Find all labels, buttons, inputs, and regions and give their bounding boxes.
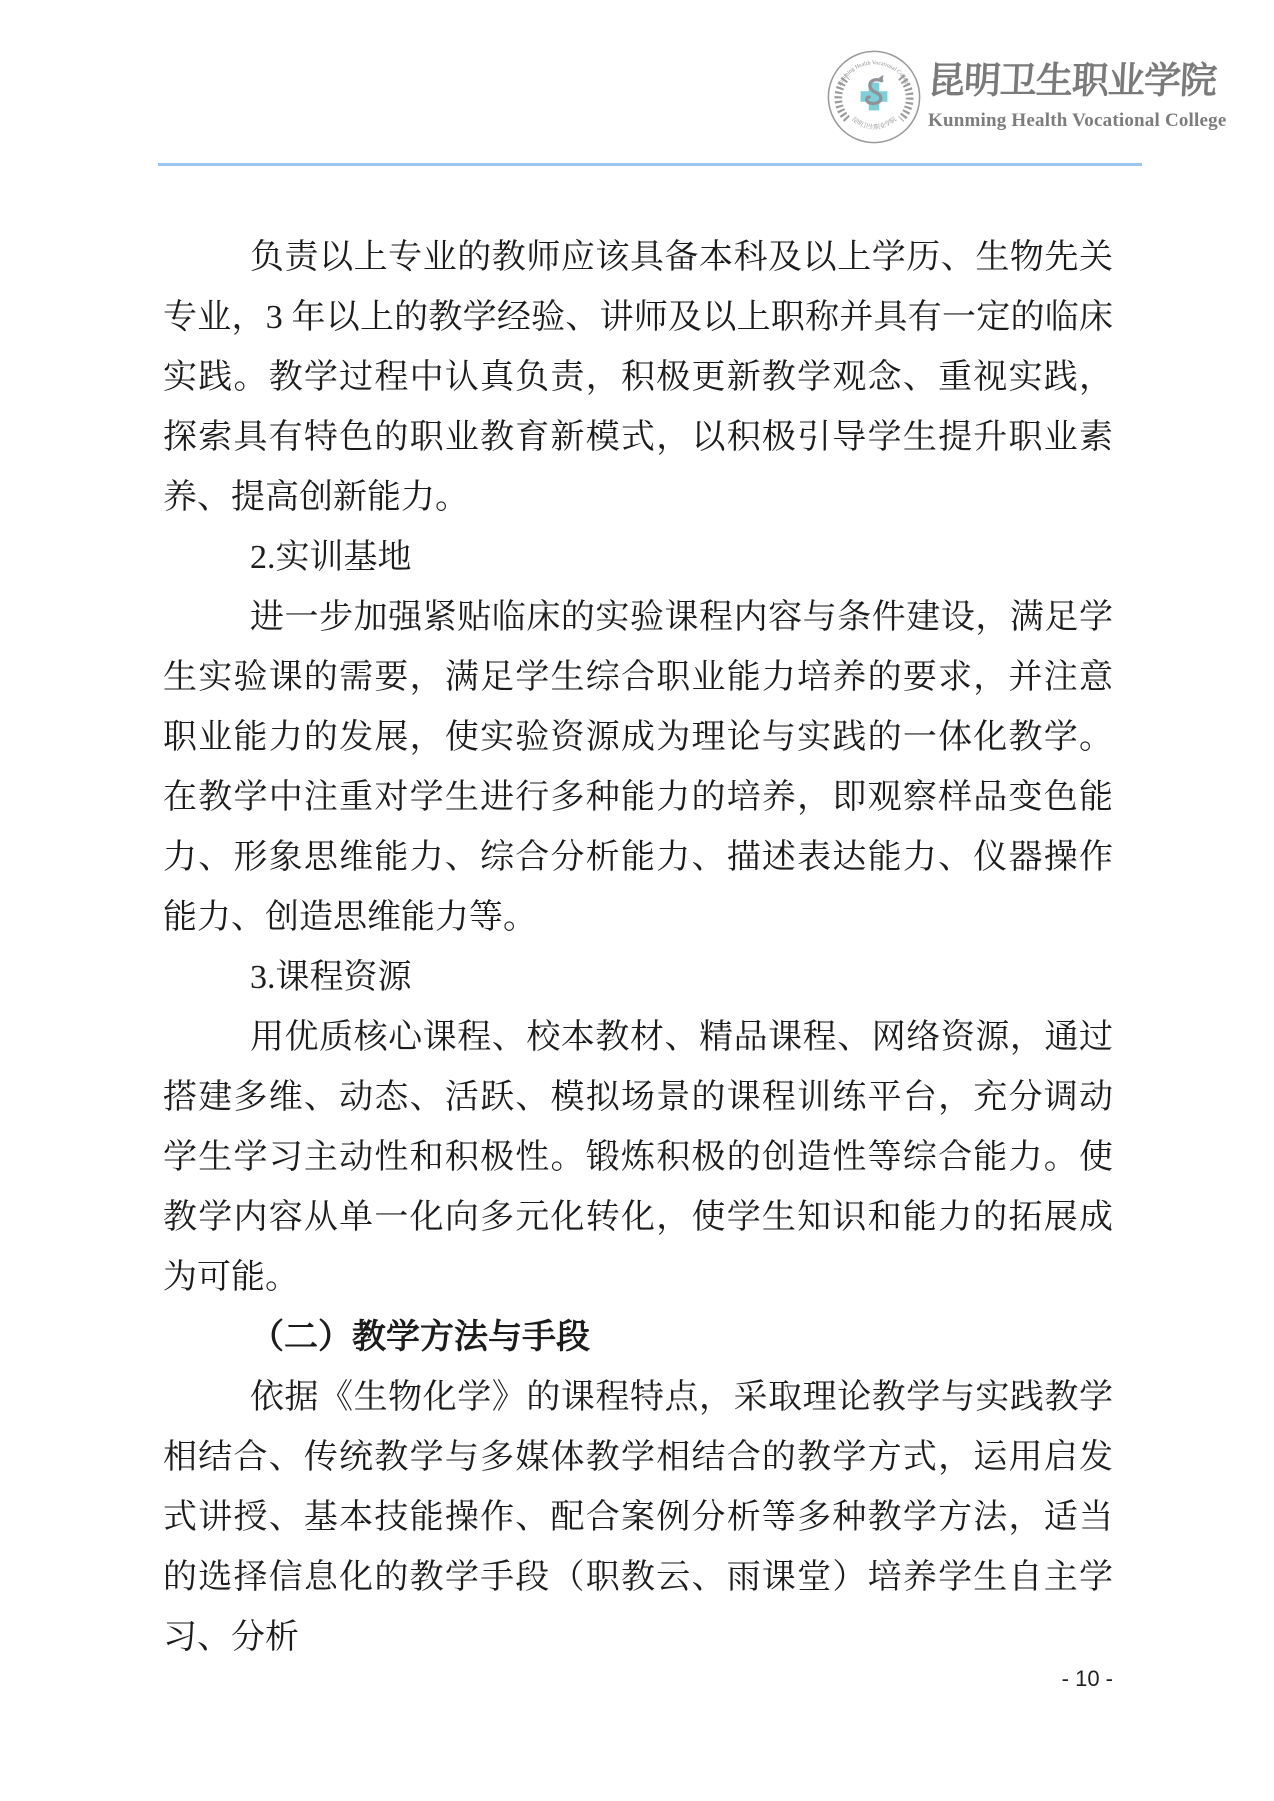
document-body: 负责以上专业的教师应该具备本科及以上学历、生物先关专业，3 年以上的教学经验、讲…: [163, 228, 1113, 1668]
college-seal-logo: Kunming Health Vocational College 昆明卫生职业…: [826, 49, 922, 145]
header-divider-rule: [158, 163, 1142, 166]
svg-text:昆明卫生职业学院: 昆明卫生职业学院: [850, 115, 898, 132]
heading-course-resources: 3.课程资源: [163, 948, 1113, 1008]
college-seal-icon: Kunming Health Vocational College 昆明卫生职业…: [826, 49, 922, 145]
page-number: - 10 -: [163, 1666, 1113, 1692]
college-brand: 昆明卫生职业学院 Kunming Health Vocational Colle…: [928, 57, 1208, 132]
heading-teaching-methods: （二）教学方法与手段: [163, 1308, 1113, 1368]
college-name-zh: 昆明卫生职业学院: [927, 57, 1210, 107]
paragraph-training-base: 进一步加强紧贴临床的实验课程内容与条件建设，满足学生实验课的需要，满足学生综合职…: [163, 588, 1113, 948]
wreath-left: [838, 77, 847, 119]
paragraph-course-resources: 用优质核心课程、校本教材、精品课程、网络资源，通过搭建多维、动态、活跃、模拟场景…: [163, 1008, 1113, 1308]
cross-icon: [861, 83, 888, 111]
paragraph-teacher-qualifications: 负责以上专业的教师应该具备本科及以上学历、生物先关专业，3 年以上的教学经验、讲…: [163, 228, 1113, 528]
document-page: Kunming Health Vocational College 昆明卫生职业…: [0, 0, 1274, 1801]
paragraph-teaching-methods: 依据《生物化学》的课程特点，采取理论教学与实践教学相结合、传统教学与多媒体教学相…: [163, 1368, 1113, 1668]
heading-training-base: 2.实训基地: [163, 528, 1113, 588]
college-name-en: Kunming Health Vocational College: [928, 110, 1208, 132]
seal-ring-text-bottom: 昆明卫生职业学院: [850, 115, 898, 132]
